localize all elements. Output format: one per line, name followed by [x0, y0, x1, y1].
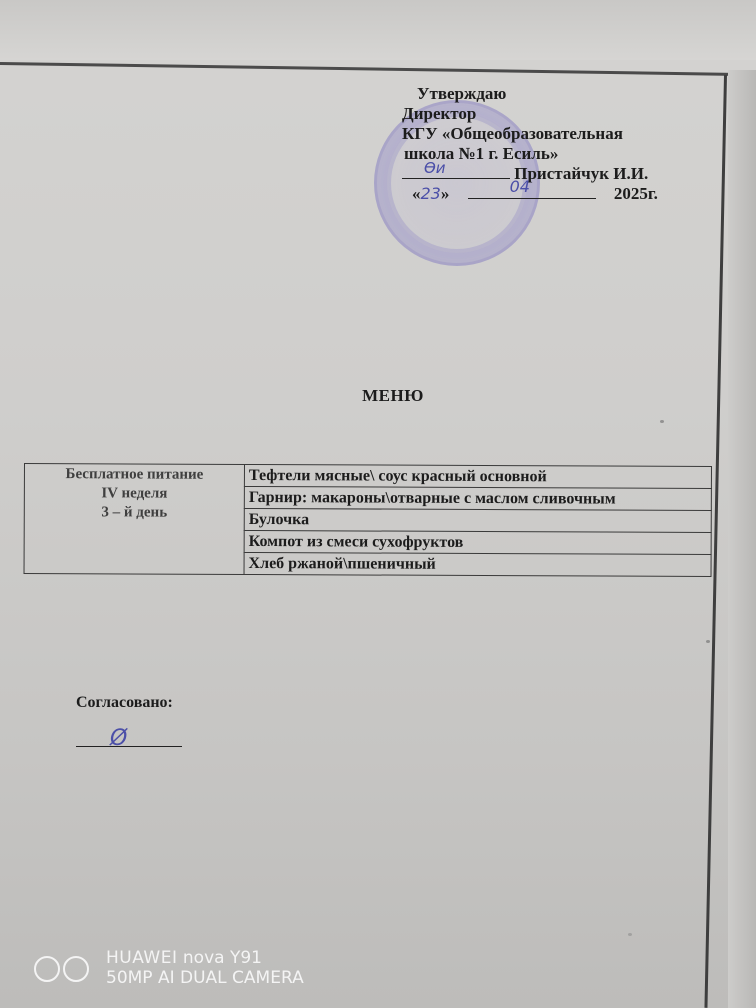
background-wall-right	[728, 70, 756, 1008]
approval-heading: Утверждаю	[402, 84, 702, 104]
meal-week: IV неделя	[29, 484, 240, 504]
approval-block: Утверждаю Директор КГУ «Общеобразователь…	[402, 84, 702, 204]
date-month-line: 04	[468, 184, 596, 199]
watermark-camera: 50MP AI DUAL CAMERA	[106, 968, 304, 988]
approval-organization-cont: школа №1 г. Есиль»	[402, 144, 702, 164]
dual-camera-icon	[34, 956, 94, 982]
frame-top-line	[0, 62, 756, 76]
signature-line: Ѳи	[402, 164, 510, 179]
date-month: 04	[510, 177, 530, 197]
approval-signature-row: Ѳи Пристайчук И.И.	[402, 164, 702, 184]
approval-organization: КГУ «Общеобразовательная	[402, 124, 702, 144]
menu-item: Тефтели мясные\ соус красный основной	[244, 464, 711, 488]
camera-lens-icon	[63, 956, 89, 982]
watermark-model: nova Y91	[183, 948, 262, 968]
background-wall	[0, 0, 756, 60]
document-title: МЕНЮ	[0, 386, 756, 406]
watermark-text: HUAWEI nova Y91 50MP AI DUAL CAMERA	[106, 948, 304, 988]
date-year: 2025г.	[614, 184, 658, 203]
table-row: Бесплатное питание IV неделя 3 – й день …	[24, 464, 711, 489]
signatory-name: Пристайчук И.И.	[514, 164, 648, 183]
paper-speck	[660, 420, 664, 423]
agreed-signature: Ø	[110, 726, 127, 751]
menu-item: Компот из смеси сухофруктов	[244, 530, 711, 554]
watermark-brand: HUAWEI	[106, 948, 178, 968]
meal-info-cell: Бесплатное питание IV неделя 3 – й день	[24, 464, 244, 575]
agreed-label: Согласовано:	[76, 694, 173, 712]
meal-day: 3 – й день	[29, 503, 240, 523]
camera-lens-icon	[34, 956, 60, 982]
menu-item: Булочка	[244, 508, 711, 532]
date-day: 23	[421, 184, 441, 203]
director-signature: Ѳи	[424, 158, 446, 178]
paper-speck	[628, 933, 632, 936]
agreed-signature-line	[76, 746, 182, 747]
menu-item: Гарнир: макароны\отварные с маслом сливо…	[244, 486, 711, 510]
menu-table: Бесплатное питание IV неделя 3 – й день …	[24, 463, 712, 577]
date-open-quote: «	[402, 184, 421, 203]
paper-speck	[706, 640, 710, 643]
menu-item: Хлеб ржаной\пшеничный	[244, 552, 711, 576]
approval-date-row: «23» 04 2025г.	[402, 184, 702, 204]
approval-position: Директор	[402, 104, 702, 124]
date-close-quote: »	[441, 184, 450, 203]
meal-type: Бесплатное питание	[29, 465, 240, 485]
